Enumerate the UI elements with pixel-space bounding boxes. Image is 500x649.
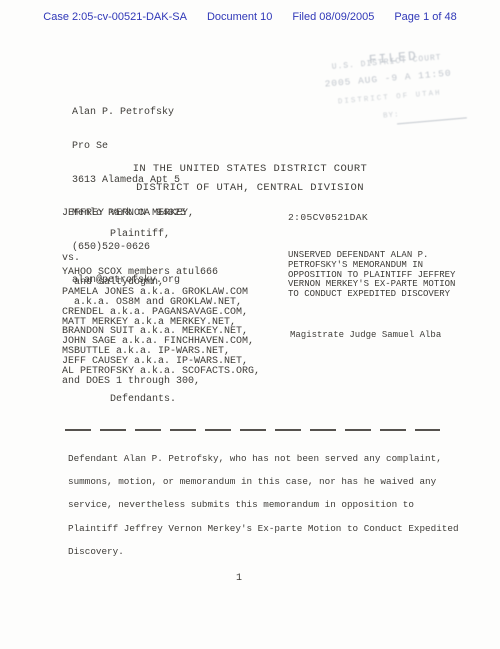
memorandum-title: UNSERVED DEFENDANT ALAN P. PETROFSKY'S M… (288, 251, 468, 300)
body-line: Discovery. (68, 540, 459, 563)
plaintiff-role-label: Plaintiff, (110, 229, 170, 240)
body-paragraph: Defendant Alan P. Petrofsky, who has not… (68, 447, 459, 563)
filed-stamp: FILED U.S. DISTRICT COURT 2005 AUG -9 A … (301, 45, 477, 133)
body-line: Defendant Alan P. Petrofsky, who has not… (68, 447, 459, 470)
caption-separator-line (65, 429, 440, 431)
document-page: Case 2:05-cv-00521-DAK-SA Document 10 Fi… (0, 0, 500, 649)
court-heading-line1: IN THE UNITED STATES DISTRICT COURT (0, 160, 500, 179)
body-line: Plaintiff Jeffrey Vernon Merkey's Ex-par… (68, 517, 459, 540)
attorney-phone: (650)520-0626 (72, 242, 186, 253)
page-number: 1 (0, 573, 478, 584)
plaintiff-name: JEFFREY VERNON MERKEY, (62, 208, 194, 219)
defendants-list: YAHOO SCOX members atul666 and saltydogm… (62, 268, 260, 387)
defendant-line: and DOES 1 through 300, (62, 377, 260, 387)
court-heading-line2: DISTRICT OF UTAH, CENTRAL DIVISION (0, 179, 500, 198)
case-number: 2:05CV0521DAK (288, 212, 368, 223)
magistrate-judge: Magistrate Judge Samuel Alba (290, 330, 441, 340)
attorney-pro-se: Pro Se (72, 141, 186, 152)
body-line: summons, motion, or memorandum in this c… (68, 470, 459, 493)
defendants-role-label: Defendants. (110, 394, 176, 405)
body-line: service, nevertheless submits this memor… (68, 493, 459, 516)
scanned-content: FILED U.S. DISTRICT COURT 2005 AUG -9 A … (0, 0, 500, 649)
versus-label: vs. (62, 253, 80, 264)
attorney-name: Alan P. Petrofsky (72, 107, 186, 118)
court-heading: IN THE UNITED STATES DISTRICT COURT DIST… (0, 160, 500, 198)
memo-title-line: TO CONDUCT EXPEDITED DISCOVERY (288, 290, 468, 300)
